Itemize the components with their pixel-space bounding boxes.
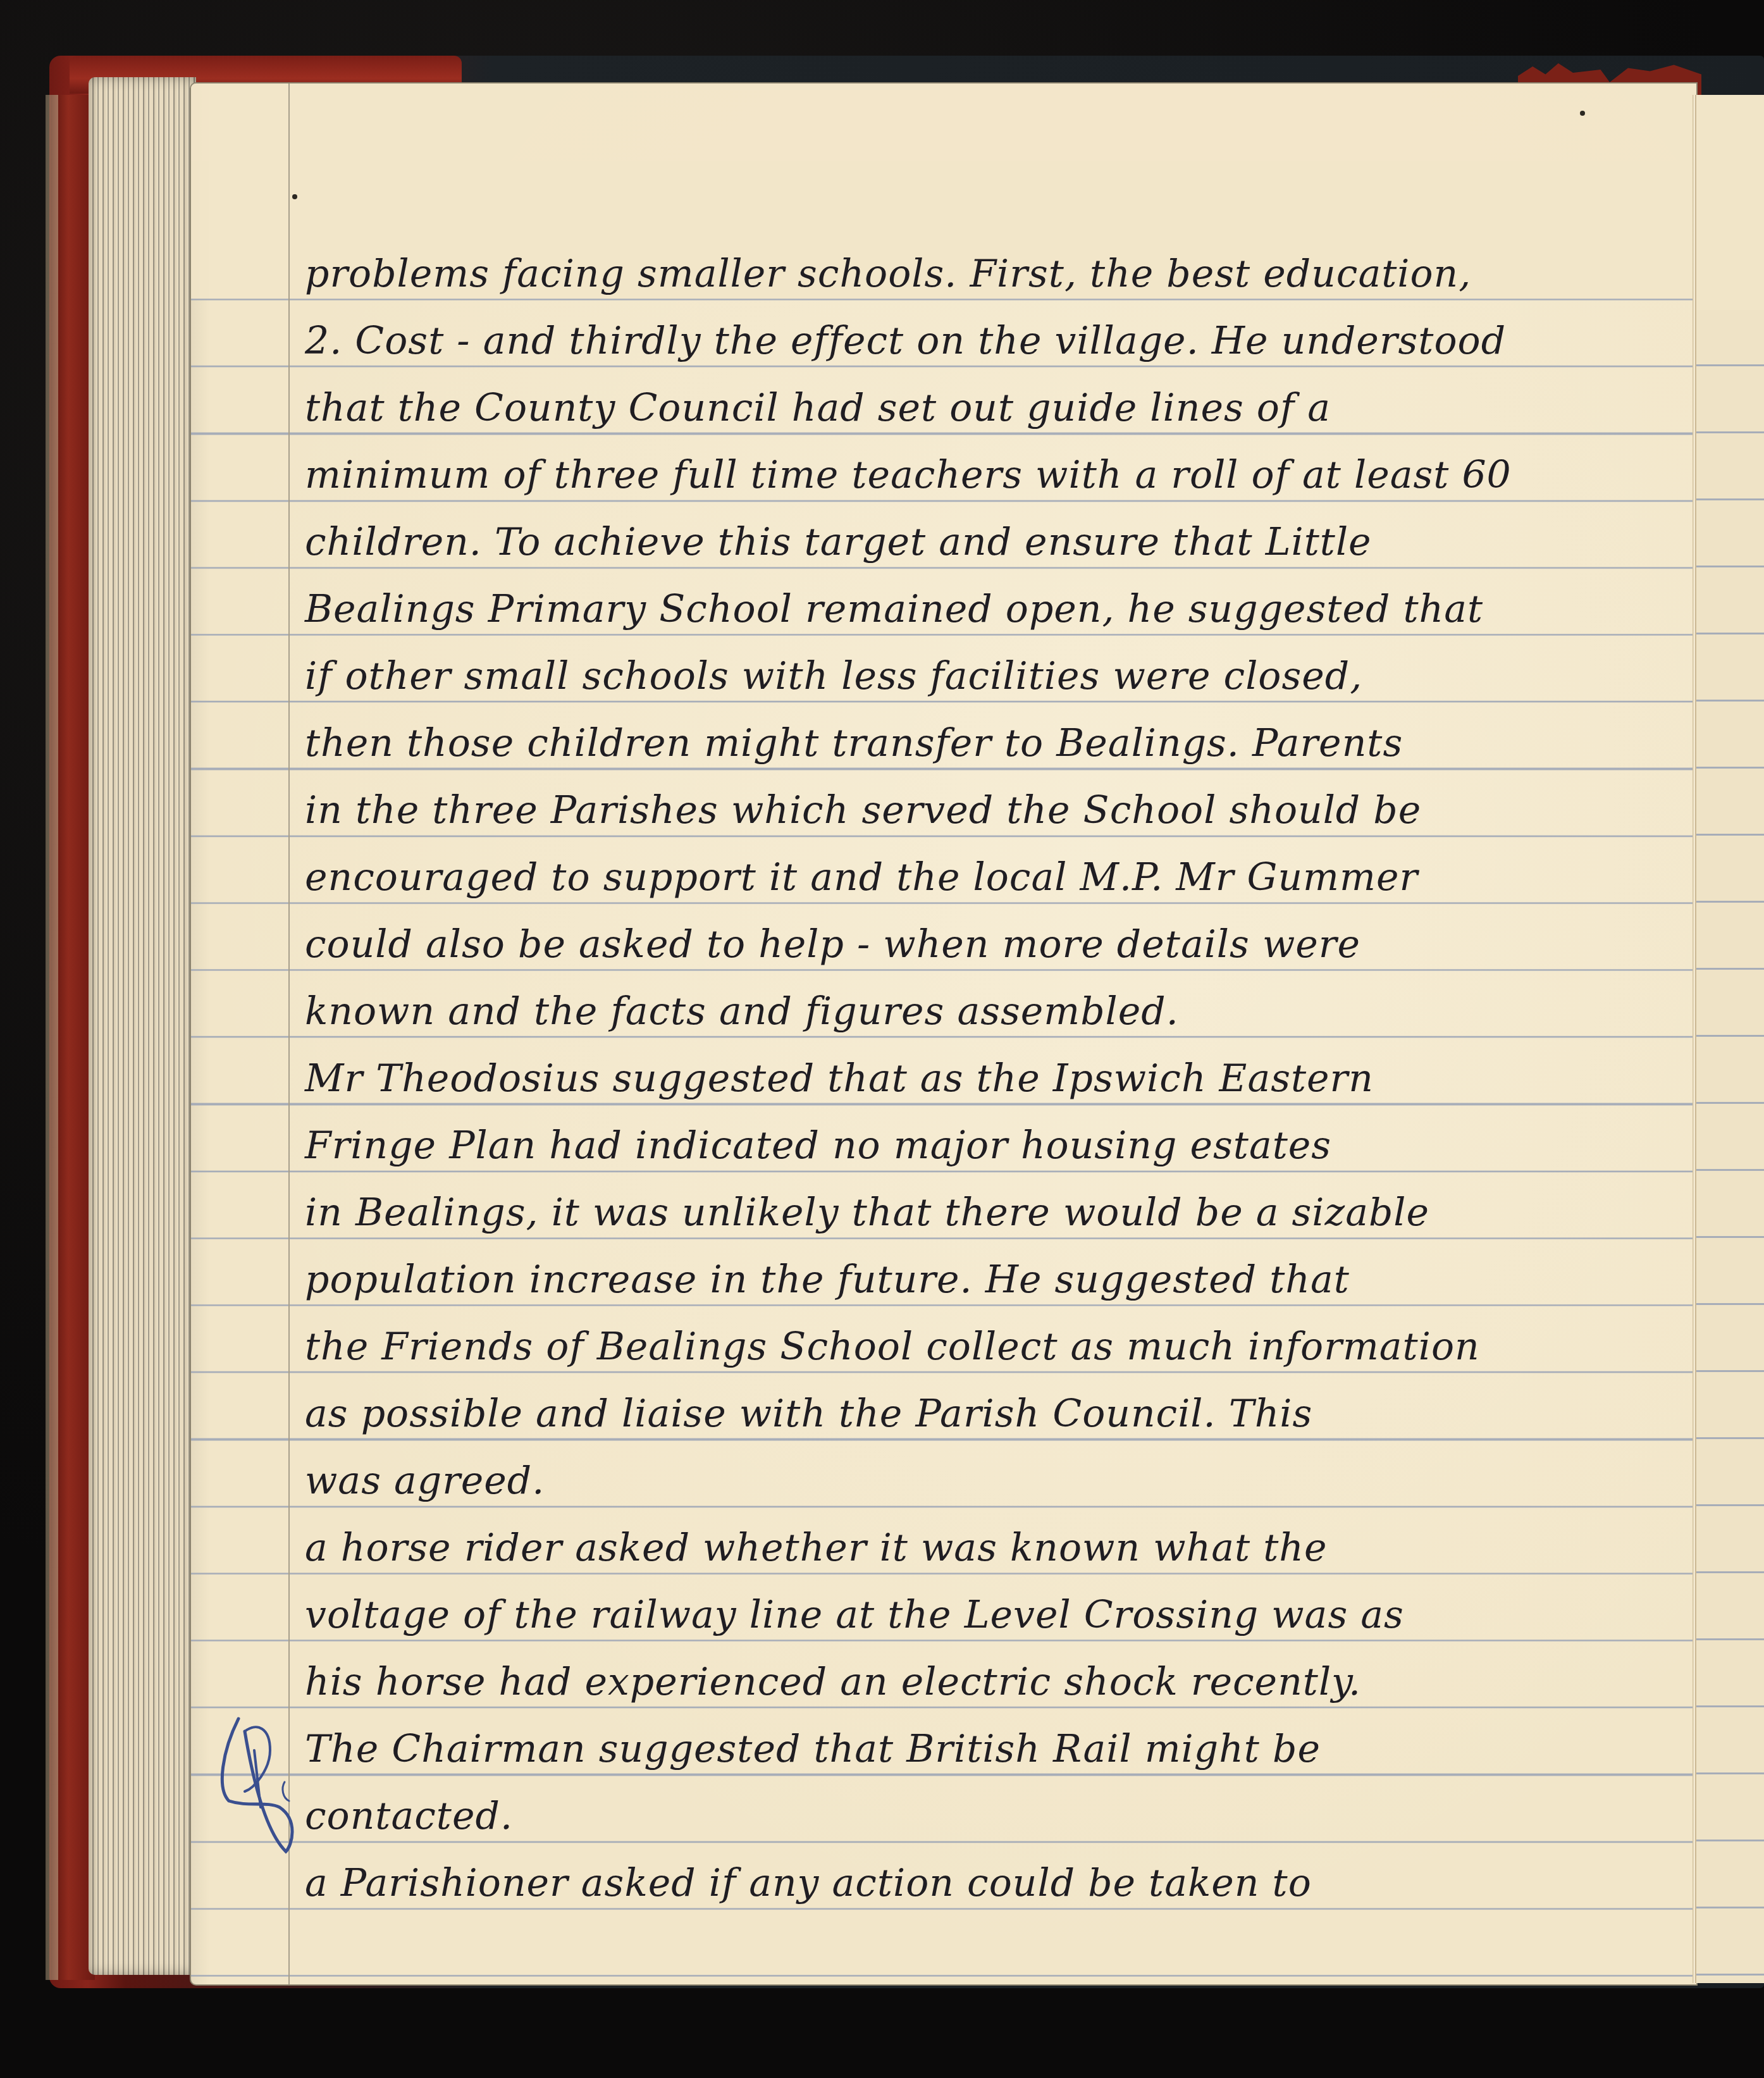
text-line-8: then those children might transfer to Be… (299, 710, 1698, 777)
margin-line (288, 83, 290, 1984)
paper-speck (1580, 111, 1585, 116)
text-line-10: encouraged to support it and the local M… (299, 844, 1698, 911)
text-line-21: voltage of the railway line at the Level… (299, 1581, 1698, 1648)
text-line-1: problems facing smaller schools. First, … (299, 240, 1698, 307)
handwritten-text: problems facing smaller schools. First, … (299, 240, 1698, 1917)
paper-speck (292, 194, 297, 199)
ruled-page: problems facing smaller schools. First, … (190, 82, 1698, 1986)
text-line-13: Mr Theodosius suggested that as the Ipsw… (299, 1045, 1698, 1112)
facing-page-ruled-lines (1696, 95, 1764, 1983)
text-line-12: known and the facts and figures assemble… (299, 978, 1698, 1045)
text-line-25: a Parishioner asked if any action could … (299, 1850, 1698, 1917)
text-line-3: that the County Council had set out guid… (299, 374, 1698, 442)
text-line-19: was agreed. (299, 1447, 1698, 1514)
text-line-20: a horse rider asked whether it was known… (299, 1514, 1698, 1581)
text-line-22: his horse had experienced an electric sh… (299, 1648, 1698, 1716)
text-line-14: Fringe Plan had indicated no major housi… (299, 1112, 1698, 1179)
facing-page-edge (1695, 95, 1764, 1983)
text-line-23: The Chairman suggested that British Rail… (299, 1716, 1698, 1783)
page-edges-stack (89, 77, 196, 1975)
text-line-2: 2. Cost - and thirdly the effect on the … (299, 307, 1698, 374)
text-line-17: the Friends of Bealings School collect a… (299, 1313, 1698, 1380)
text-line-9: in the three Parishes which served the S… (299, 777, 1698, 844)
text-line-18: as possible and liaise with the Parish C… (299, 1380, 1698, 1447)
text-line-11: could also be asked to help - when more … (299, 911, 1698, 978)
text-line-6: Bealings Primary School remained open, h… (299, 576, 1698, 643)
binding-worn-edge (46, 95, 58, 1980)
text-line-16: population increase in the future. He su… (299, 1246, 1698, 1313)
text-line-5: children. To achieve this target and ens… (299, 509, 1698, 576)
text-line-7: if other small schools with less facilit… (299, 643, 1698, 710)
text-line-4: minimum of three full time teachers with… (299, 442, 1698, 509)
initials-scribble-icon (210, 1712, 299, 1858)
margin-initials-mark (210, 1712, 299, 1858)
text-line-15: in Bealings, it was unlikely that there … (299, 1179, 1698, 1246)
text-line-24: contacted. (299, 1783, 1698, 1850)
